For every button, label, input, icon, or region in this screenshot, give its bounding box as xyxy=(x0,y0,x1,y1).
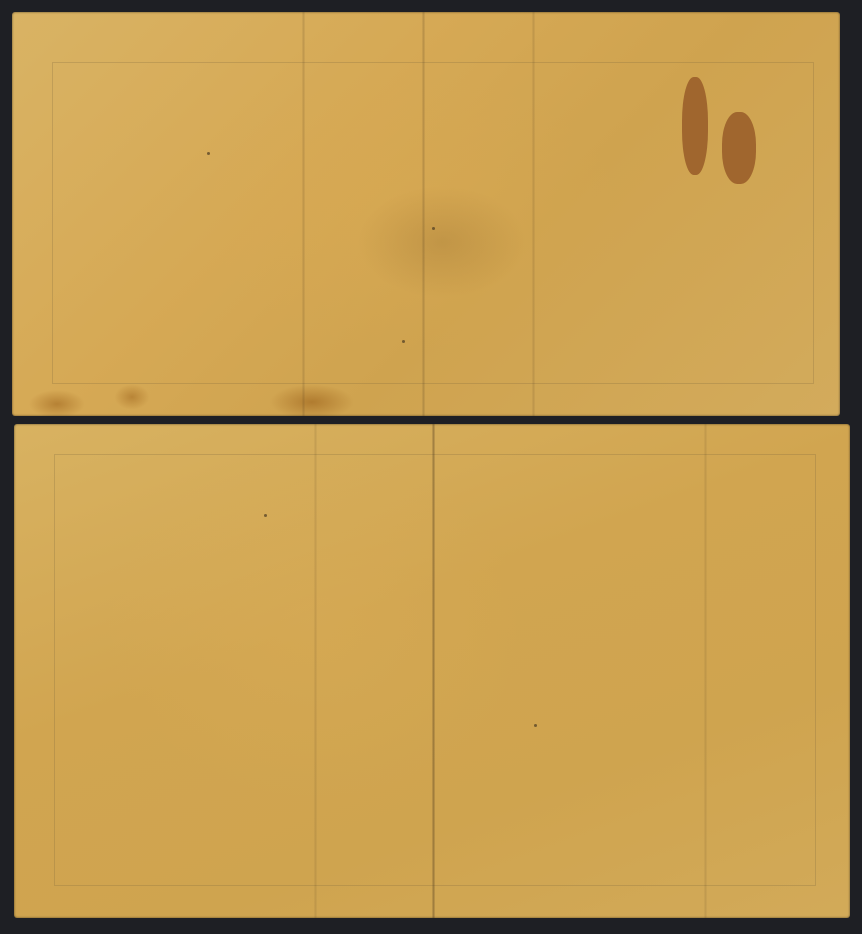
fold-line xyxy=(314,424,317,918)
fold-line xyxy=(422,12,425,416)
speck xyxy=(402,340,405,343)
fold-line xyxy=(532,12,535,416)
speck xyxy=(534,724,537,727)
fold-line xyxy=(302,12,305,416)
fold-line xyxy=(432,424,435,918)
speck xyxy=(432,227,435,230)
banknote-front xyxy=(12,12,840,416)
ink-stain xyxy=(722,112,756,184)
banknote-back xyxy=(14,424,850,918)
fold-line xyxy=(704,424,707,918)
speck xyxy=(207,152,210,155)
speck xyxy=(264,514,267,517)
ink-stain xyxy=(682,77,708,175)
faded-print-frame xyxy=(54,454,816,886)
